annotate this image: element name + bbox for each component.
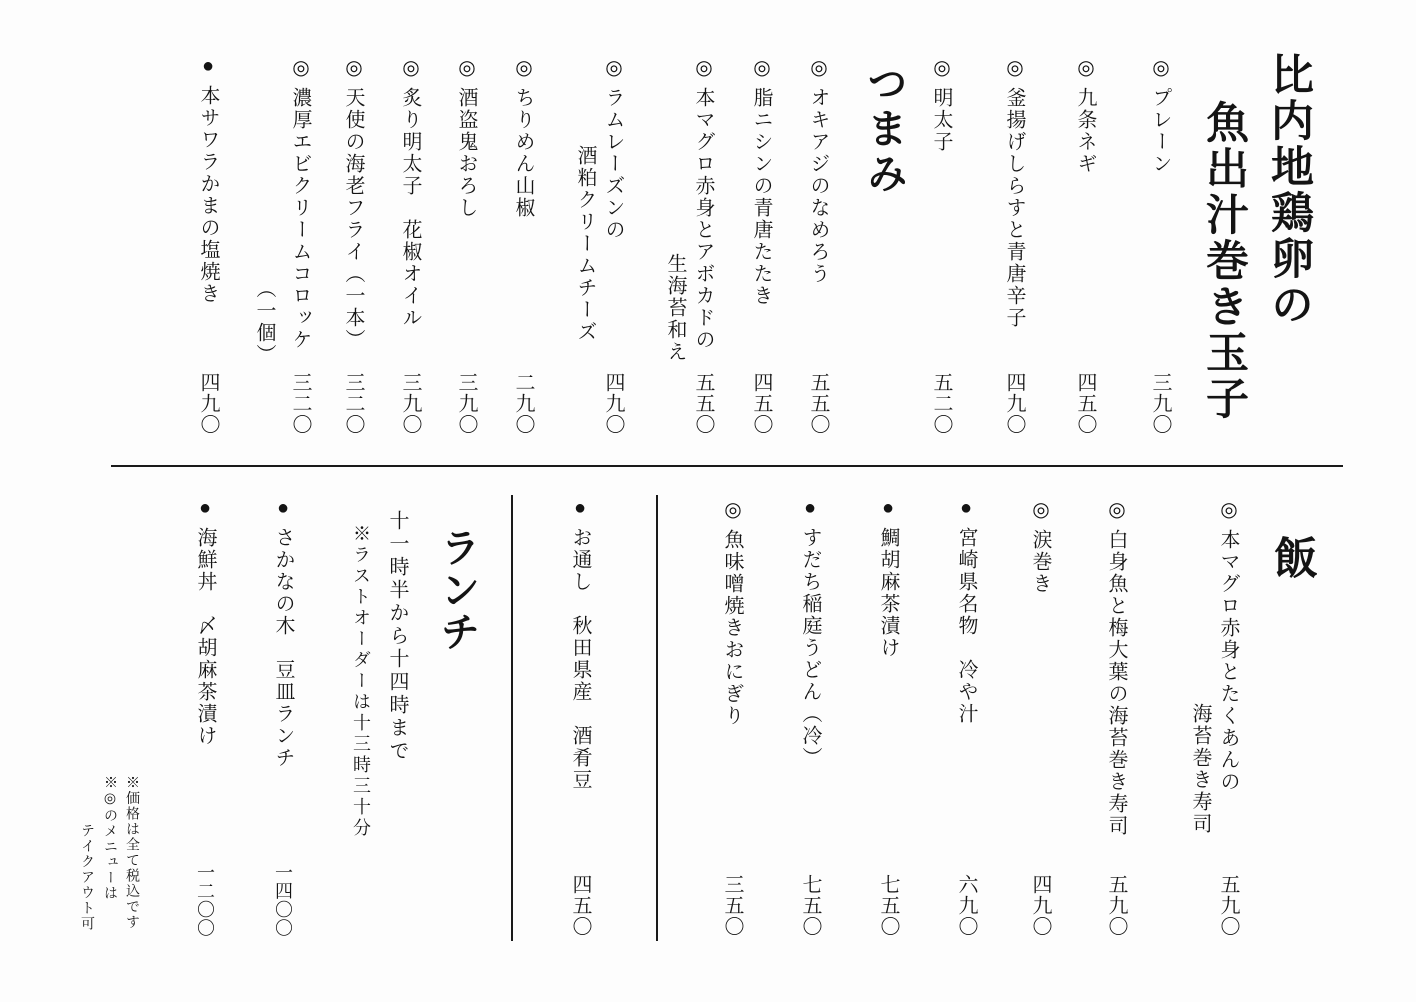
item-marker-icon: ◎	[456, 55, 476, 81]
item-price: 二九〇	[513, 372, 533, 435]
section-header-tsumami: つまみ	[863, 62, 904, 197]
item-marker-icon: ◎	[400, 55, 420, 81]
menu-item: ◎魚味噌焼きおにぎり 三五〇	[719, 497, 745, 937]
menu-item: ●宮崎県名物 冷や汁 六九〇	[953, 497, 979, 937]
item-marker-icon: ◎	[1075, 55, 1095, 81]
item-name: ◎天使の海老フライ（一本）	[343, 55, 363, 351]
item-price: 五二〇	[931, 372, 951, 435]
menu-page: 比内地鶏卵の 魚出汁巻き玉子 ◎プレーン 三九〇 ◎九条ネギ 四五〇 ◎釜揚げし…	[0, 0, 1416, 1002]
item-marker-icon: ◎	[290, 55, 310, 81]
item-marker-icon: ◎	[1150, 55, 1170, 81]
item-name-wrap: （一個）	[254, 278, 274, 366]
column-divider	[656, 495, 658, 941]
lunch-last-order-note: ※ラストオーダーは十三時三十分	[352, 524, 370, 839]
item-name: ●さかなの木 豆皿ランチ	[273, 497, 293, 769]
item-price: 四五〇	[1075, 372, 1095, 435]
item-marker-icon: ◎	[751, 55, 771, 81]
item-name: ◎魚味噌焼きおにぎり	[722, 497, 742, 727]
item-marker-icon: ◎	[603, 55, 623, 81]
item-marker-icon: ◎	[1218, 497, 1238, 523]
item-name-wrap: 生海苔和え	[665, 253, 685, 363]
item-marker-icon: ●	[570, 497, 590, 521]
item-name: ◎プレーン	[1150, 55, 1170, 175]
menu-item: ◎ちりめん山椒 二九〇	[510, 55, 536, 435]
item-marker-icon: ◎	[693, 55, 713, 81]
item-name: ◎ちりめん山椒	[513, 55, 533, 219]
item-marker-icon: ◎	[513, 55, 533, 81]
item-price: 四九〇	[1004, 372, 1024, 435]
section-divider	[111, 465, 1343, 467]
item-marker-icon: ●	[800, 497, 820, 521]
item-name: ◎濃厚エビクリームコロッケ	[290, 55, 310, 351]
menu-item: ◎天使の海老フライ（一本） 三二〇	[340, 55, 366, 435]
item-name: ◎脂ニシンの青唐たたき	[751, 55, 771, 307]
item-marker-icon: ●	[273, 497, 293, 521]
menu-item: ◎炙り明太子 花椒オイル 三九〇	[397, 55, 423, 435]
item-price: 三五〇	[722, 874, 742, 937]
menu-item: ◎本マグロ赤身とアボカドの 五五〇 生海苔和え	[662, 55, 716, 435]
item-name: ◎釜揚げしらすと青唐辛子	[1004, 55, 1024, 329]
page-title-line2: 魚出汁巻き玉子	[1202, 100, 1245, 422]
item-marker-icon: ◎	[931, 55, 951, 81]
item-name: ●海鮮丼 〆胡麻茶漬け	[195, 497, 215, 747]
menu-item: ◎明太子 五二〇	[928, 55, 954, 435]
item-price: 三九〇	[456, 372, 476, 435]
note-tax-included: ※価格は全て税込です	[124, 775, 138, 930]
item-price: 四五〇	[751, 372, 771, 435]
item-price: 四五〇	[570, 874, 590, 937]
menu-item: ◎釜揚げしらすと青唐辛子 四九〇	[1001, 55, 1027, 435]
item-name-wrap: 酒粕クリームチーズ	[575, 145, 595, 343]
menu-item: ◎涙巻き 四九〇	[1027, 497, 1053, 937]
menu-item: ◎プレーン 三九〇	[1147, 55, 1173, 435]
item-price: 三二〇	[290, 372, 310, 435]
item-price: 一四〇〇	[274, 863, 292, 937]
item-marker-icon: ◎	[722, 497, 742, 523]
item-price: 三九〇	[1150, 372, 1170, 435]
note-takeout-line2: テイクアウト可	[79, 823, 93, 932]
item-marker-icon: ◎	[1106, 497, 1126, 523]
item-marker-icon: ◎	[808, 55, 828, 81]
menu-item: ◎脂ニシンの青唐たたき 四五〇	[748, 55, 774, 435]
item-name: ◎オキアジのなめろう	[808, 55, 828, 285]
item-price: 五五〇	[808, 372, 828, 435]
item-name-wrap: 海苔巻き寿司	[1190, 703, 1210, 835]
item-price: 七五〇	[800, 874, 820, 937]
item-price: 三二〇	[343, 372, 363, 435]
section-header-lunch: ランチ	[437, 527, 477, 653]
item-marker-icon: ●	[956, 497, 976, 521]
item-name: ◎涙巻き	[1030, 497, 1050, 595]
menu-item: ◎酒盗鬼おろし 三九〇	[453, 55, 479, 435]
item-name: ●すだち稲庭うどん（冷）	[800, 497, 820, 769]
section-header-meshi: 飯	[1269, 535, 1313, 579]
page-title-line1: 比内地鶏卵の	[1267, 52, 1310, 328]
menu-item: ●お通し 秋田県産 酒肴豆 四五〇	[567, 497, 593, 937]
column-divider	[511, 495, 513, 941]
item-name: ◎ラムレーズンの	[603, 55, 623, 241]
menu-item: ◎九条ネギ 四五〇	[1072, 55, 1098, 435]
item-marker-icon: ◎	[1030, 497, 1050, 523]
item-marker-icon: ◎	[1004, 55, 1024, 81]
item-name: ◎炙り明太子 花椒オイル	[400, 55, 420, 329]
item-name: ◎明太子	[931, 55, 951, 153]
menu-item: ●本サワラかまの塩焼き 四九〇	[195, 55, 221, 435]
item-name: ●宮崎県名物 冷や汁	[956, 497, 976, 725]
menu-item: ◎ラムレーズンの 四九〇 酒粕クリームチーズ	[572, 55, 626, 435]
item-name: ●本サワラかまの塩焼き	[198, 55, 218, 305]
menu-item: ◎濃厚エビクリームコロッケ 三二〇 （一個）	[251, 55, 313, 435]
menu-item: ●鯛胡麻茶漬け 七五〇	[875, 497, 901, 937]
item-price: 五九〇	[1218, 874, 1238, 937]
menu-item: ●海鮮丼 〆胡麻茶漬け 一二〇〇	[192, 497, 218, 937]
item-name: ◎酒盗鬼おろし	[456, 55, 476, 219]
item-price: 四九〇	[198, 372, 218, 435]
menu-item: ◎本マグロ赤身とたくあんの 五九〇 海苔巻き寿司	[1187, 497, 1241, 937]
item-marker-icon: ●	[198, 55, 218, 79]
item-price: 五九〇	[1106, 874, 1126, 937]
item-name: ◎本マグロ赤身とアボカドの	[693, 55, 713, 351]
item-marker-icon: ●	[878, 497, 898, 521]
item-marker-icon: ◎	[343, 55, 363, 81]
lunch-hours: 十一時半から十四時まで	[387, 510, 407, 763]
item-price: 六九〇	[956, 874, 976, 937]
item-price: 四九〇	[603, 372, 623, 435]
menu-item: ◎オキアジのなめろう 五五〇	[805, 55, 831, 435]
item-marker-icon: ●	[195, 497, 215, 521]
item-price: 一二〇〇	[196, 863, 214, 937]
item-name: ◎本マグロ赤身とたくあんの	[1218, 497, 1238, 793]
menu-item: ◎白身魚と梅大葉の海苔巻き寿司 五九〇	[1103, 497, 1129, 937]
note-takeout-line1: ※◎のメニューは	[102, 775, 116, 901]
item-name: ◎九条ネギ	[1075, 55, 1095, 175]
item-price: 四九〇	[1030, 874, 1050, 937]
menu-item: ●すだち稲庭うどん（冷） 七五〇	[797, 497, 823, 937]
item-price: 三九〇	[400, 372, 420, 435]
item-name: ●お通し 秋田県産 酒肴豆	[570, 497, 590, 791]
item-name: ◎白身魚と梅大葉の海苔巻き寿司	[1106, 497, 1126, 837]
item-price: 五五〇	[693, 372, 713, 435]
item-name: ●鯛胡麻茶漬け	[878, 497, 898, 659]
item-price: 七五〇	[878, 874, 898, 937]
menu-item: ●さかなの木 豆皿ランチ 一四〇〇	[270, 497, 296, 937]
